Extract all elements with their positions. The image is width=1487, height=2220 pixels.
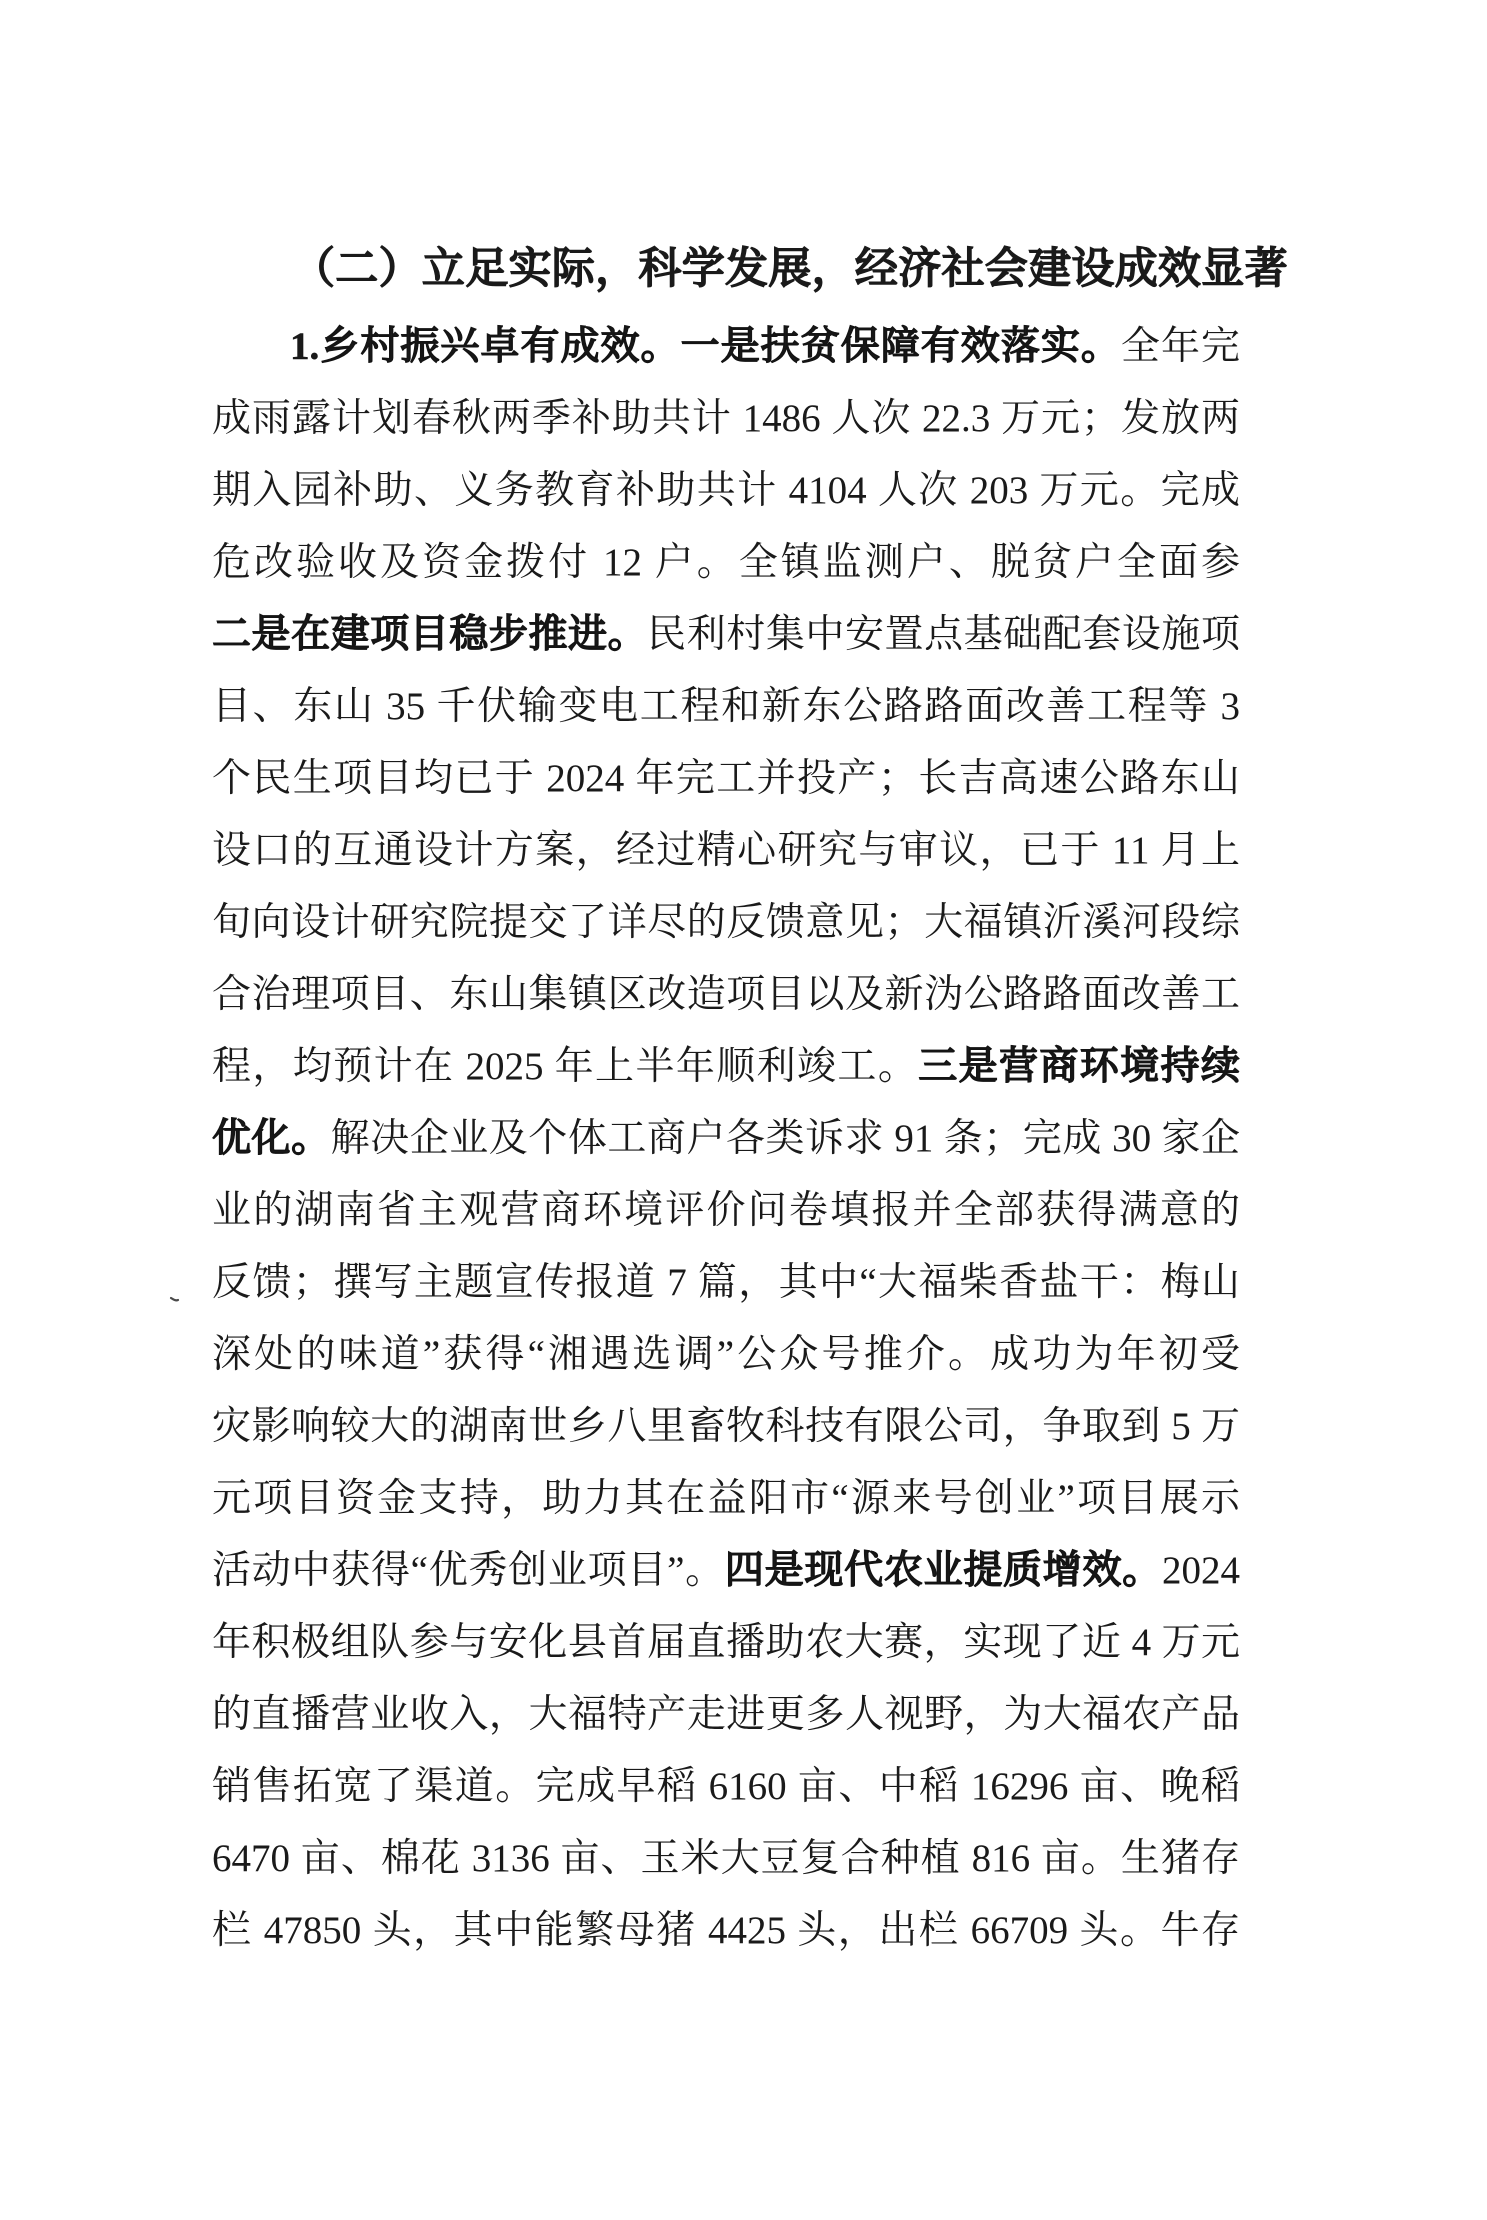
text-segment: 元项目资金支持，助力其在益阳市“源来号创业”项目展示: [212, 1477, 1240, 1520]
text-line: 优化。解决企业及个体工商户各类诉求 91 条；完成 30 家企: [212, 1103, 1240, 1175]
text-segment: 个民生项目均已于 2024 年完工并投产；长吉高速公路东山: [212, 757, 1240, 800]
text-segment: 目、东山 35 千伏输变电工程和新东公路路面改善工程等 3: [212, 685, 1240, 728]
text-line: 个民生项目均已于 2024 年完工并投产；长吉高速公路东山: [212, 743, 1240, 815]
body-paragraph: 1.乡村振兴卓有成效。一是扶贫保障有效落实。全年完成雨露计划春秋两季补助共计 1…: [212, 311, 1240, 1967]
text-segment: 灾影响较大的湖南世乡八里畜牧科技有限公司，争取到 5 万: [212, 1405, 1240, 1448]
text-segment: 期入园补助、义务教育补助共计 4104 人次 203 万元。完成: [212, 469, 1240, 512]
text-segment: 旬向设计研究院提交了详尽的反馈意见；大福镇沂溪河段综: [212, 901, 1240, 944]
text-line: 反馈；撰写主题宣传报道 7 篇，其中“大福柴香盐干：梅山: [212, 1247, 1240, 1319]
text-line: 合治理项目、东山集镇区改造项目以及新沩公路路面改善工: [212, 959, 1240, 1031]
text-line: 深处的味道”获得“湘遇选调”公众号推介。成功为年初受: [212, 1319, 1240, 1391]
section-heading: （二）立足实际，科学发展，经济社会建设成效显著: [212, 234, 1240, 306]
text-segment: 程，均预计在 2025 年上半年顺利竣工。: [212, 1045, 918, 1088]
text-segment: 2024: [1162, 1549, 1240, 1592]
text-segment: 解决企业及个体工商户各类诉求 91 条；完成 30 家企: [331, 1117, 1240, 1160]
text-segment: 反馈；撰写主题宣传报道 7 篇，其中“大福柴香盐干：梅山: [212, 1261, 1240, 1304]
text-segment: 全年完: [1121, 325, 1240, 368]
text-line: 栏 47850 头，其中能繁母猪 4425 头，出栏 66709 头。牛存: [212, 1895, 1240, 1967]
text-segment: 1.乡村振兴卓有成效。一是扶贫保障有效落实。: [290, 325, 1121, 368]
text-segment: 四是现代农业提质增效。: [725, 1549, 1162, 1592]
text-line: 目、东山 35 千伏输变电工程和新东公路路面改善工程等 3: [212, 671, 1240, 743]
text-segment: 优化。: [212, 1117, 331, 1160]
text-line: 灾影响较大的湖南世乡八里畜牧科技有限公司，争取到 5 万: [212, 1391, 1240, 1463]
text-segment: 危改验收及资金拨付 12 户。全镇监测户、脱贫户全面参保。: [212, 541, 1240, 599]
report-section: （二）立足实际，科学发展，经济社会建设成效显著 1.乡村振兴卓有成效。一是扶贫保…: [212, 234, 1240, 1967]
text-line: 旬向设计研究院提交了详尽的反馈意见；大福镇沂溪河段综: [212, 887, 1240, 959]
text-line: 二是在建项目稳步推进。民利村集中安置点基础配套设施项: [212, 599, 1240, 671]
text-line: 成雨露计划春秋两季补助共计 1486 人次 22.3 万元；发放两: [212, 383, 1240, 455]
text-line: 活动中获得“优秀创业项目”。四是现代农业提质增效。2024: [212, 1535, 1240, 1607]
text-segment: 年积极组队参与安化县首届直播助农大赛，实现了近 4 万元: [212, 1621, 1240, 1664]
text-segment: 民利村集中安置点基础配套设施项: [647, 613, 1240, 656]
text-line: 的直播营业收入，大福特产走进更多人视野，为大福农产品: [212, 1679, 1240, 1751]
text-segment: 成雨露计划春秋两季补助共计 1486 人次 22.3 万元；发放两: [212, 397, 1240, 440]
text-segment: 活动中获得“优秀创业项目”。: [212, 1549, 725, 1592]
text-line: 年积极组队参与安化县首届直播助农大赛，实现了近 4 万元: [212, 1607, 1240, 1679]
text-segment: 三是营商环境持续: [918, 1045, 1240, 1088]
text-segment: 销售拓宽了渠道。完成早稻 6160 亩、中稻 16296 亩、晚稻: [212, 1765, 1240, 1808]
text-segment: 深处的味道”获得“湘遇选调”公众号推介。成功为年初受: [212, 1333, 1240, 1376]
text-line: 期入园补助、义务教育补助共计 4104 人次 203 万元。完成: [212, 455, 1240, 527]
text-segment: 设口的互通设计方案，经过精心研究与审议，已于 11 月上: [212, 829, 1240, 872]
document-page: （二）立足实际，科学发展，经济社会建设成效显著 1.乡村振兴卓有成效。一是扶贫保…: [0, 0, 1487, 2220]
text-line: 6470 亩、棉花 3136 亩、玉米大豆复合种植 816 亩。生猪存: [212, 1823, 1240, 1895]
text-segment: 的直播营业收入，大福特产走进更多人视野，为大福农产品: [212, 1693, 1240, 1736]
text-segment: 二是在建项目稳步推进。: [212, 613, 647, 656]
text-line: 程，均预计在 2025 年上半年顺利竣工。三是营商环境持续: [212, 1031, 1240, 1103]
text-line: 元项目资金支持，助力其在益阳市“源来号创业”项目展示: [212, 1463, 1240, 1535]
text-line: 设口的互通设计方案，经过精心研究与审议，已于 11 月上: [212, 815, 1240, 887]
text-segment: 业的湖南省主观营商环境评价问卷填报并全部获得满意的: [212, 1189, 1240, 1232]
text-segment: 6470 亩、棉花 3136 亩、玉米大豆复合种植 816 亩。生猪存: [212, 1837, 1240, 1880]
text-segment: 栏 47850 头，其中能繁母猪 4425 头，出栏 66709 头。牛存: [212, 1909, 1240, 1952]
text-line: 销售拓宽了渠道。完成早稻 6160 亩、中稻 16296 亩、晚稻: [212, 1751, 1240, 1823]
scan-speck: [168, 1292, 182, 1308]
text-line: 业的湖南省主观营商环境评价问卷填报并全部获得满意的: [212, 1175, 1240, 1247]
text-line: 1.乡村振兴卓有成效。一是扶贫保障有效落实。全年完: [212, 311, 1240, 383]
text-segment: 合治理项目、东山集镇区改造项目以及新沩公路路面改善工: [212, 973, 1240, 1016]
text-line: 危改验收及资金拨付 12 户。全镇监测户、脱贫户全面参保。: [212, 527, 1240, 599]
